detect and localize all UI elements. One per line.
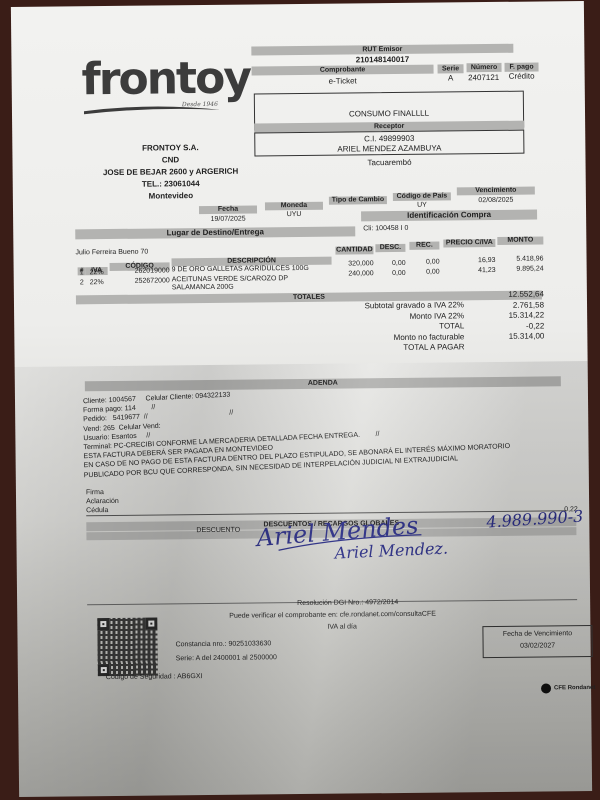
- column-header-precio: PRECIO C/IVA: [443, 239, 495, 248]
- footer-vencimiento-value: 03/02/2027: [484, 642, 592, 650]
- footer-vencimiento-label: Fecha de Vencimiento: [483, 630, 591, 638]
- frontoy-logo: frontoy Desde 1946: [81, 57, 232, 121]
- issuer-city: Montevideo: [71, 190, 271, 201]
- cell-cantidad: 320,000: [336, 261, 374, 269]
- fpago-label: F. pago: [504, 62, 538, 71]
- logo-tagline: Desde 1946: [182, 101, 218, 108]
- vencimiento-value: 02/08/2025: [457, 197, 535, 205]
- moneda-value: UYU: [265, 211, 323, 219]
- cell-precio: 16,93: [444, 257, 496, 266]
- cell-monto: 5.418,96: [498, 255, 544, 263]
- column-header-desc: DESC.: [375, 244, 405, 252]
- logo-wordmark: frontoy: [81, 57, 231, 103]
- issuer-info: FRONTOY S.A. CND JOSE DE BEJAR 2600 y AR…: [70, 142, 271, 201]
- cell-descripcion: 9 DE ORO GALLETAS AGRIDULCES 100G: [172, 265, 332, 275]
- descuento-label: DESCUENTO: [196, 527, 240, 534]
- tipo-cambio-value: [329, 206, 387, 207]
- provider-name: CFE Rondanet: [554, 685, 595, 691]
- vencimiento-label: Vencimiento: [457, 187, 535, 196]
- cell-iva: 22%: [86, 279, 108, 287]
- adenda-label: ADENDA: [85, 376, 561, 391]
- items-table: #IVACÓDIGODESCRIPCIÓNCANTIDADDESC.REC.PR…: [73, 234, 543, 269]
- column-header-rec: REC.: [409, 242, 439, 250]
- issuer-address: JOSE DE BEJAR 2600 y ARGERICH: [71, 166, 271, 177]
- cell-precio: 41,23: [444, 267, 496, 276]
- comprobante-value: e-Ticket: [252, 76, 434, 87]
- qr-code[interactable]: [97, 618, 158, 677]
- serie-rango: Serie: A del 2400001 al 2500000: [176, 654, 277, 662]
- numero-label: Número: [466, 63, 501, 72]
- serie-label: Serie: [438, 64, 464, 73]
- identificacion-value: Cli: 100458 I 0: [363, 225, 408, 232]
- serie-value: A: [438, 73, 464, 82]
- issuer-phone: TEL.: 23061044: [71, 178, 271, 189]
- constancia: Constancia nro.: 90251033630: [176, 640, 272, 648]
- totals-row-value: 15.314,22: [508, 311, 544, 320]
- column-header-cantidad: CANTIDAD: [335, 246, 373, 254]
- totals-row-value: 15.314,00: [509, 332, 545, 341]
- fecha-label: Fecha: [199, 205, 257, 214]
- rondanet-logo-icon: [541, 683, 551, 693]
- receptor-city: Tacuarembó: [254, 157, 524, 169]
- cell-rec: 0,00: [410, 258, 440, 266]
- cell-iva: 22%: [86, 269, 108, 277]
- iva-al-dia: IVA al día: [327, 623, 357, 630]
- cell-descripcion: ACEITUNAS VERDE S/CAROZO DP SALAMANCA 20…: [172, 275, 332, 293]
- cell-n: 2: [78, 279, 86, 287]
- handwritten-name: Ariel Mendez.: [334, 539, 448, 563]
- cell-rec: 0,00: [410, 268, 440, 276]
- moneda-label: Moneda: [265, 202, 323, 211]
- cell-desc: 0,00: [376, 259, 406, 267]
- cell-codigo: 262019000: [110, 268, 170, 277]
- issuer-name: FRONTOY S.A.: [70, 142, 270, 153]
- column-header-monto: MONTO: [497, 236, 543, 244]
- firma-label: Firma: [86, 489, 104, 496]
- cedula-label: Cédula: [86, 507, 108, 514]
- cell-desc: 0,00: [376, 269, 406, 277]
- fecha-value: 19/07/2025: [199, 215, 257, 223]
- cell-codigo: 252672000: [110, 278, 170, 287]
- totals-row-value: 2.761,58: [513, 300, 544, 309]
- adenda-line: Cliente: 1004567 Celular Cliente: 094322…: [83, 392, 231, 406]
- adenda-line: Usuario: Esantos //: [83, 432, 150, 442]
- cfe-rondanet-badge: CFE Rondanet: [541, 683, 595, 694]
- resolucion-dgi: Resolución DGI Nro.: 4972/2014: [297, 599, 398, 607]
- invoice-paper: frontoy Desde 1946 FRONTOY S.A. CND JOSE…: [11, 1, 592, 797]
- fpago-value: Crédito: [504, 71, 540, 80]
- cell-cantidad: 240,000: [336, 271, 374, 279]
- codigo-seguridad: Código de Seguridad : AB6GXI: [106, 673, 203, 681]
- cell-monto: 9.895,24: [498, 265, 544, 273]
- codigo-pais-value: UY: [393, 201, 451, 209]
- totals-row-value: 12.552,64: [508, 289, 544, 298]
- totals-row-value: -0,22: [526, 321, 544, 330]
- totals-row: TOTAL A PAGAR15.314,00: [254, 335, 544, 348]
- vencimiento-box: Fecha de Vencimiento 03/02/2027: [482, 625, 592, 658]
- adenda-block: Cliente: 1004567 Celular Cliente: 094322…: [83, 393, 563, 398]
- comprobante-label: Comprobante: [252, 65, 434, 76]
- numero-value: 2407121: [464, 73, 504, 82]
- aclaracion-label: Aclaración: [86, 498, 119, 505]
- issuer-cnd: CND: [70, 154, 270, 165]
- tipo-cambio-label: Tipo de Cambio: [329, 196, 387, 205]
- identificacion-label: Identificación Compra: [361, 210, 537, 222]
- totals-row-label: TOTAL A PAGAR: [403, 343, 464, 353]
- codigo-pais-label: Código de País: [393, 192, 451, 201]
- verificar-url[interactable]: Puede verificar el comprobante en: cfe.r…: [229, 611, 436, 620]
- cell-n: 1: [78, 269, 86, 277]
